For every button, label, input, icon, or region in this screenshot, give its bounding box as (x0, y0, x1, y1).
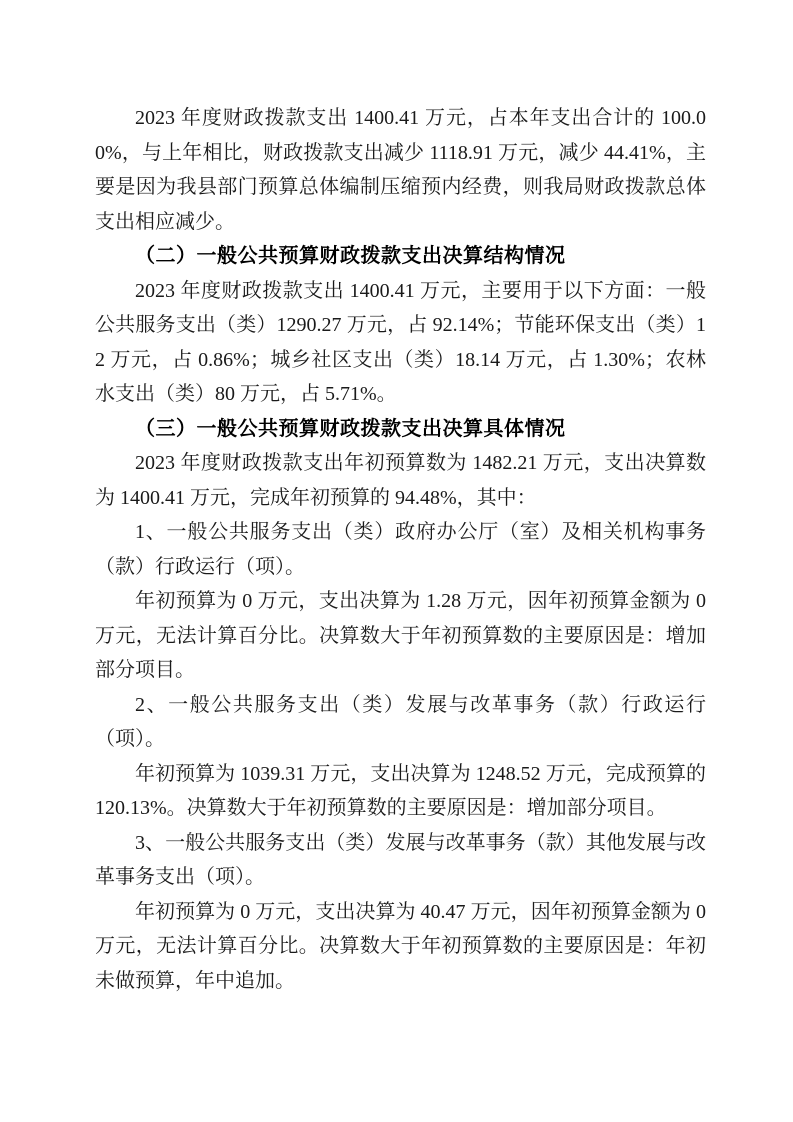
section-heading-detail: （三）一般公共预算财政拨款支出决算具体情况 (95, 412, 706, 447)
item-1-title: 1、一般公共服务支出（类）政府办公厅（室）及相关机构事务（款）行政运行（项）。 (95, 515, 706, 584)
section-heading-structure: （二）一般公共预算财政拨款支出决算结构情况 (95, 239, 706, 274)
document-page: 2023 年度财政拨款支出 1400.41 万元，占本年支出合计的 100.00… (0, 0, 793, 1122)
document-body: 2023 年度财政拨款支出 1400.41 万元，占本年支出合计的 100.00… (95, 101, 706, 998)
item-3-title: 3、一般公共服务支出（类）发展与改革事务（款）其他发展与改革事务支出（项）。 (95, 826, 706, 895)
item-2-detail: 年初预算为 1039.31 万元，支出决算为 1248.52 万元，完成预算的 … (95, 757, 706, 826)
item-3-detail: 年初预算为 0 万元，支出决算为 40.47 万元，因年初预算金额为 0 万元，… (95, 895, 706, 999)
item-2-title: 2、一般公共服务支出（类）发展与改革事务（款）行政运行（项）。 (95, 688, 706, 757)
structure-paragraph: 2023 年度财政拨款支出 1400.41 万元，主要用于以下方面：一般公共服务… (95, 274, 706, 412)
intro-paragraph: 2023 年度财政拨款支出 1400.41 万元，占本年支出合计的 100.00… (95, 101, 706, 239)
item-1-detail: 年初预算为 0 万元，支出决算为 1.28 万元，因年初预算金额为 0 万元，无… (95, 584, 706, 688)
detail-intro-paragraph: 2023 年度财政拨款支出年初预算数为 1482.21 万元，支出决算数为 14… (95, 446, 706, 515)
